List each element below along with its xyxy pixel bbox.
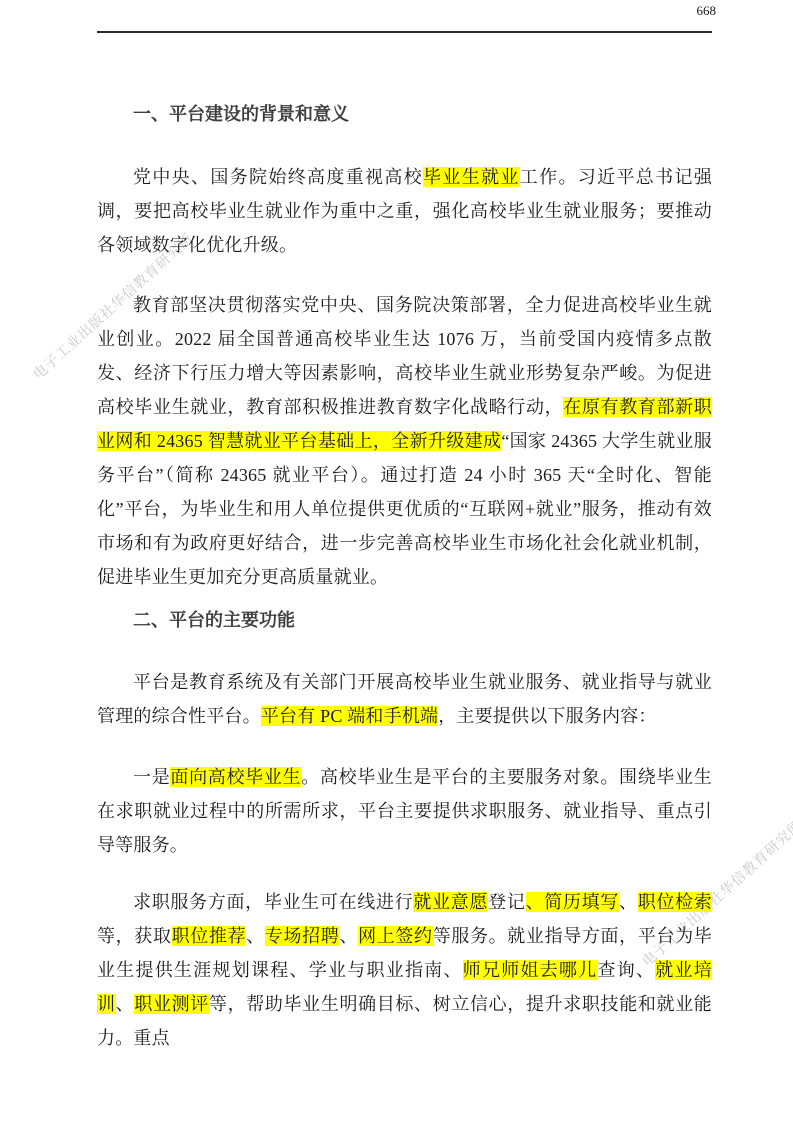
section-heading-main-functions: 二、平台的主要功能 [97, 610, 712, 630]
section-heading-background: 一、平台建设的背景和意义 [97, 104, 712, 124]
highlighted-text: 专场招聘 [265, 926, 340, 946]
body-text: 、 [619, 892, 638, 912]
body-text: 等，获取 [97, 926, 172, 946]
document-content: 一、平台建设的背景和意义 党中央、国务院始终高度重视高校毕业生就业工作。习近平总… [0, 104, 793, 1055]
body-text: “国家 24365 大学生就业服务平台”（简称 24365 就业平台）。通过打造… [97, 431, 712, 587]
header-rule [97, 31, 712, 33]
paragraph-party-central: 党中央、国务院始终高度重视高校毕业生就业工作。习近平总书记强调，要把高校毕业生就… [97, 160, 712, 262]
paragraph-platform-overview: 平台是教育系统及有关部门开展高校毕业生就业服务、就业指导与就业管理的综合性平台。… [97, 665, 712, 733]
body-text: 党中央、国务院始终高度重视高校 [133, 167, 423, 187]
highlighted-text: 毕业生就业 [423, 167, 520, 187]
body-text: 求职服务方面，毕业生可在线进行 [133, 892, 413, 912]
paragraph-job-services: 求职服务方面，毕业生可在线进行就业意愿登记、简历填写、职位检索等，获取职位推荐、… [97, 885, 712, 1055]
body-text: 查询、 [598, 960, 656, 980]
highlighted-text: 网上签约 [358, 926, 433, 946]
document-page: 电子工业出版社华信教育研究所 电子工业出版社华信教育研究所 668 一、平台建设… [0, 0, 793, 1122]
highlighted-text: 面向高校毕业生 [170, 767, 301, 787]
highlighted-text: 就业意愿 [413, 892, 488, 912]
highlighted-text: 师兄师姐去哪儿 [463, 960, 598, 980]
paragraph-serving-graduates: 一是面向高校毕业生。高校毕业生是平台的主要服务对象。围绕毕业生在求职就业过程中的… [97, 760, 712, 862]
highlighted-text: 、简历填写 [526, 892, 619, 912]
highlighted-text: 职位推荐 [172, 926, 247, 946]
page-number: 668 [0, 0, 793, 19]
body-text: 、 [246, 926, 265, 946]
paragraph-ministry-education: 教育部坚决贯彻落实党中央、国务院决策部署，全力促进高校毕业生就业创业。2022 … [97, 288, 712, 594]
body-text: 、 [339, 926, 358, 946]
highlighted-text: 职位检索 [638, 892, 712, 912]
highlighted-text: 平台有 PC 端和手机端 [261, 706, 438, 726]
body-text: 登记 [488, 892, 525, 912]
body-text: 、 [116, 994, 135, 1014]
body-text: ，主要提供以下服务内容： [438, 706, 656, 726]
body-text: 一是 [133, 767, 170, 787]
highlighted-text: 职业测评 [134, 994, 209, 1014]
